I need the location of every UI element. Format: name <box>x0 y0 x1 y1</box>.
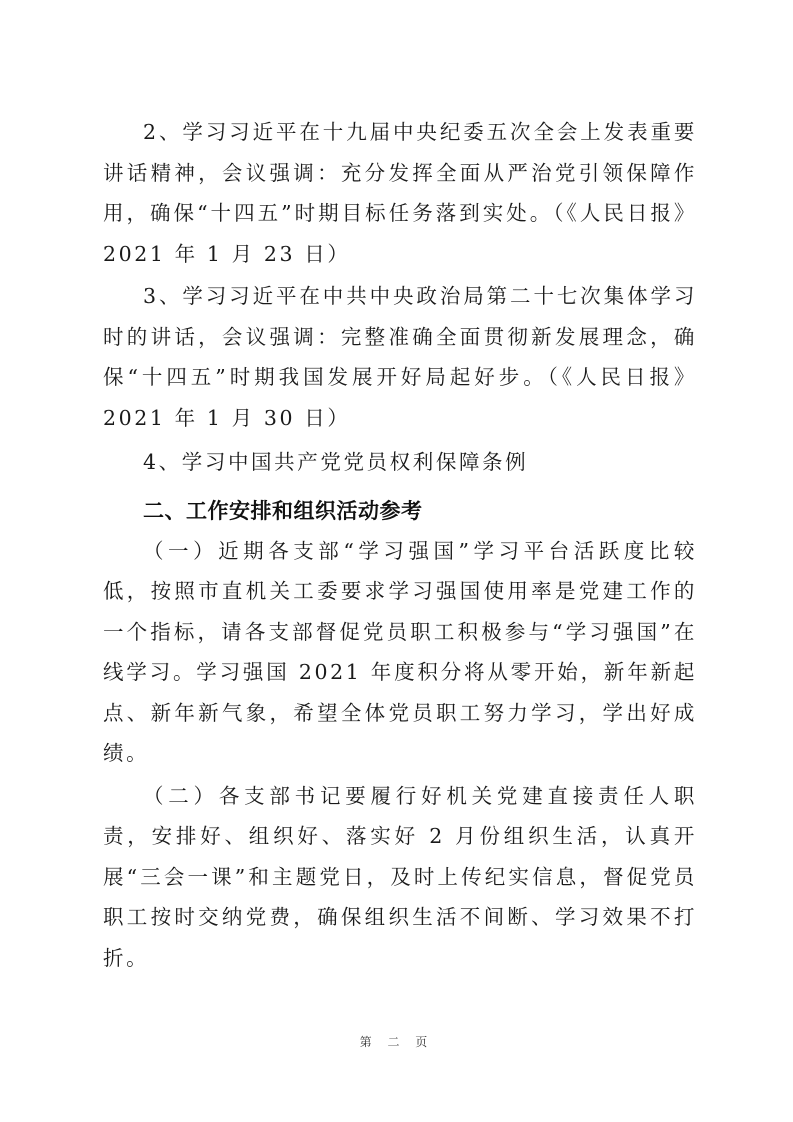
section-paragraph-2: （二）各支部书记要履行好机关党建直接责任人职责，安排好、组织好、落实好 2 月份… <box>103 776 697 979</box>
section-paragraph-1: （一）近期各支部“学习强国”学习平台活跃度比较低，按照市直机关工委要求学习强国使… <box>103 531 697 774</box>
study-item-3: 3、学习习近平在中共中央政治局第二十七次集体学习时的讲话，会议强调：完整准确全面… <box>103 276 697 438</box>
study-item-2: 2、学习习近平在十九届中央纪委五次全会上发表重要讲话精神，会议强调：充分发挥全面… <box>103 112 697 274</box>
document-page: 2、学习习近平在十九届中央纪委五次全会上发表重要讲话精神，会议强调：充分发挥全面… <box>103 112 697 978</box>
study-item-4: 4、学习中国共产党党员权利保障条例 <box>103 442 697 483</box>
section-heading: 二、工作安排和组织活动参考 <box>103 491 697 531</box>
page-number-footer: 第 二 页 <box>0 1033 793 1050</box>
